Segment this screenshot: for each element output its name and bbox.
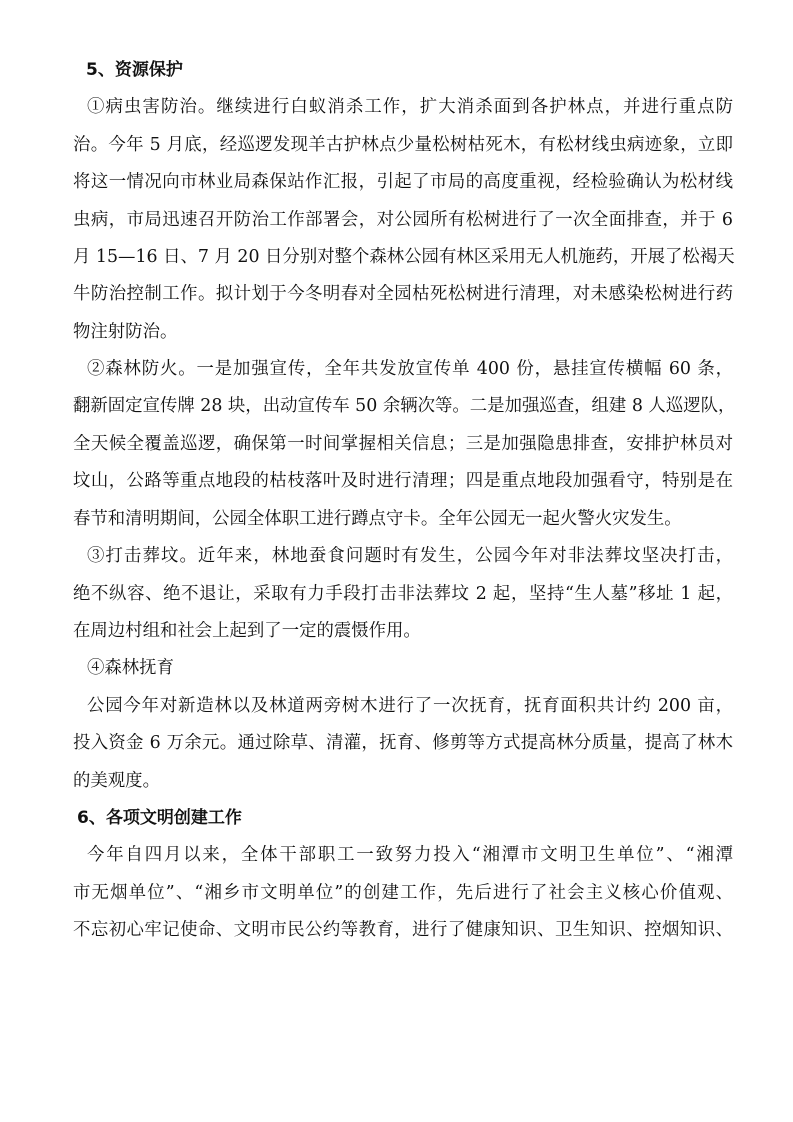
paragraph-illegal-graves-line: ③打击葬坟。近年来，林地蚕食问题时有发生，公园今年对非法葬坟坚决打击， (87, 544, 733, 568)
section-heading-civilization-building: 6、各项文明创建工作 (77, 806, 242, 830)
paragraph-fire-prevention-line: ②森林防火。一是加强宣传，全年共发放宣传单 400 份，悬挂宣传横幅 60 条， (87, 357, 733, 381)
paragraph-pest-control-line: 治。今年 5 月底，经巡逻发现羊古护林点少量松树枯死木，有松材线虫病迹象，立即 (73, 133, 733, 157)
paragraph-fire-prevention-line: 春节和清明期间，公园全体职工进行蹲点守卡。全年公园无一起火警火灾发生。 (73, 507, 733, 531)
paragraph-pest-control-line: 虫病，市局迅速召开防治工作部署会，对公园所有松树进行了一次全面排查，并于 6 (73, 208, 733, 232)
paragraph-fire-prevention-line: 坟山，公路等重点地段的枯枝落叶及时进行清理；四是重点地段加强看守，特别是在 (73, 469, 733, 493)
paragraph-civilization-building-line: 今年自四月以来，全体干部职工一致努力投入“湘潭市文明卫生单位”、“湘潭 (87, 843, 733, 867)
paragraph-forest-tending-line: 投入资金 6 万余元。通过除草、清灌，抚育、修剪等方式提高林分质量，提高了林木 (73, 731, 733, 755)
paragraph-fire-prevention-line: 翻新固定宣传牌 28 块，出动宣传车 50 余辆次等。二是加强巡查，组建 8 人… (73, 394, 733, 418)
paragraph-illegal-graves-line: 绝不纵容、绝不退让，采取有力手段打击非法葬坟 2 起，坚持“生人墓”移址 1 起… (73, 582, 733, 606)
subheading-forest-tending: ④森林抚育 (87, 656, 733, 680)
paragraph-forest-tending-line: 的美观度。 (73, 769, 733, 793)
paragraph-pest-control-line: 月 15—16 日、7 月 20 日分别对整个森林公园有林区采用无人机施药，开展… (73, 245, 733, 269)
paragraph-pest-control-line: 将这一情况向市林业局森保站作汇报，引起了市局的高度重视，经检验确认为松材线 (73, 170, 733, 194)
paragraph-illegal-graves-line: 在周边村组和社会上起到了一定的震慑作用。 (73, 619, 733, 643)
paragraph-pest-control-line: ①病虫害防治。继续进行白蚁消杀工作，扩大消杀面到各护林点，并进行重点防 (87, 95, 733, 119)
paragraph-civilization-building-line: 不忘初心牢记使命、文明市民公约等教育，进行了健康知识、卫生知识、控烟知识、 (73, 918, 733, 942)
paragraph-pest-control-line: 物注射防治。 (73, 320, 733, 344)
paragraph-civilization-building-line: 市无烟单位”、“湘乡市文明单位”的创建工作，先后进行了社会主义核心价值观、 (73, 881, 733, 905)
section-heading-resource-protection: 5、资源保护 (86, 58, 183, 82)
paragraph-pest-control-line: 牛防治控制工作。拟计划于今冬明春对全园枯死松树进行清理，对未感染松树进行药 (73, 282, 733, 306)
paragraph-fire-prevention-line: 全天候全覆盖巡逻，确保第一时间掌握相关信息；三是加强隐患排查，安排护林员对 (73, 432, 733, 456)
paragraph-forest-tending-line: 公园今年对新造林以及林道两旁树木进行了一次抚育，抚育面积共计约 200 亩， (87, 694, 733, 718)
document-page: 5、资源保护 ①病虫害防治。继续进行白蚁消杀工作，扩大消杀面到各护林点，并进行重… (0, 0, 793, 1122)
